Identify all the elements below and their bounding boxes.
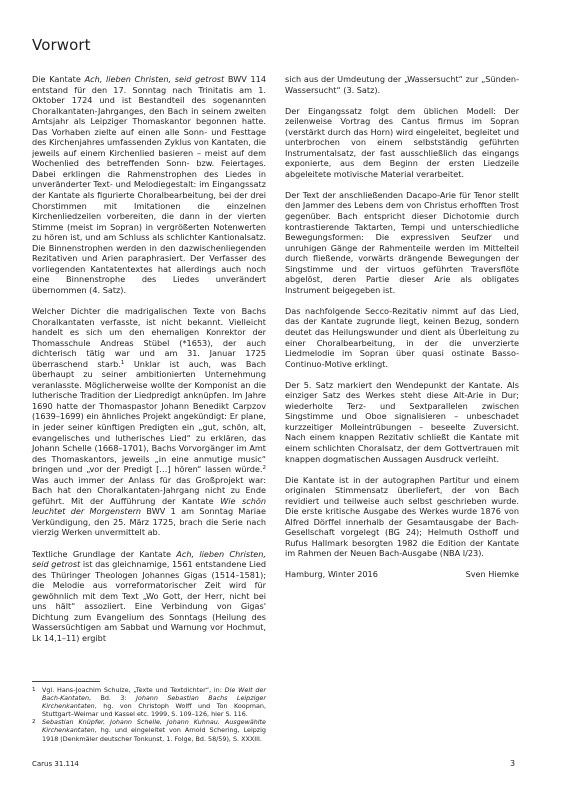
footnotes: 1 Vgl. Hans-Joachim Schulze, „Texte und … [32,686,266,743]
italic-title: Ach, lieben Christen, seid getrost [85,74,225,84]
paragraph: Der Eingangssatz folgt dem üblichen Mode… [285,106,519,180]
page-title: Vorwort [32,36,91,54]
footnote-text: Sebastian Knüpfer, Johann Schelle, Johan… [42,718,266,742]
signature-place-date: Hamburg, Winter 2016 [285,569,378,580]
right-text-column: sich aus der Umdeutung der „Wassersucht“… [285,74,519,580]
footnote-marker: 2 [263,465,267,471]
signature-line: Hamburg, Winter 2016 Sven Hiemke [285,569,519,580]
footnote: 2 Sebastian Knüpfer, Johann Schelle, Joh… [32,718,266,742]
footnote-number: 2 [32,718,42,742]
footnote-text: Vgl. Hans-Joachim Schulze, „Texte und Te… [42,686,266,718]
footnote-number: 1 [32,686,42,718]
signature-author: Sven Hiemke [466,569,519,580]
catalog-number: Carus 31.114 [32,760,79,768]
paragraph: Das nachfolgende Secco-Rezitativ nimmt a… [285,306,519,369]
footnote-divider [32,681,100,682]
paragraph: Textliche Grundlage der Kantate Ach, lie… [32,549,266,644]
paragraph: Welcher Dichter die madrigalischen Texte… [32,306,266,538]
paragraph: Der Text der anschließenden Dacapo-Arie … [285,190,519,295]
paragraph: Die Kantate Ach, lieben Christen, seid g… [32,74,266,295]
footnote: 1 Vgl. Hans-Joachim Schulze, „Texte und … [32,686,266,718]
paragraph: Die Kantate ist in der autographen Parti… [285,475,519,559]
left-text-column: Die Kantate Ach, lieben Christen, seid g… [32,74,266,654]
paragraph: Der 5. Satz markiert den Wendepunkt der … [285,380,519,464]
paragraph: sich aus der Umdeutung der „Wassersucht“… [285,74,519,95]
page-number: 3 [510,759,515,768]
